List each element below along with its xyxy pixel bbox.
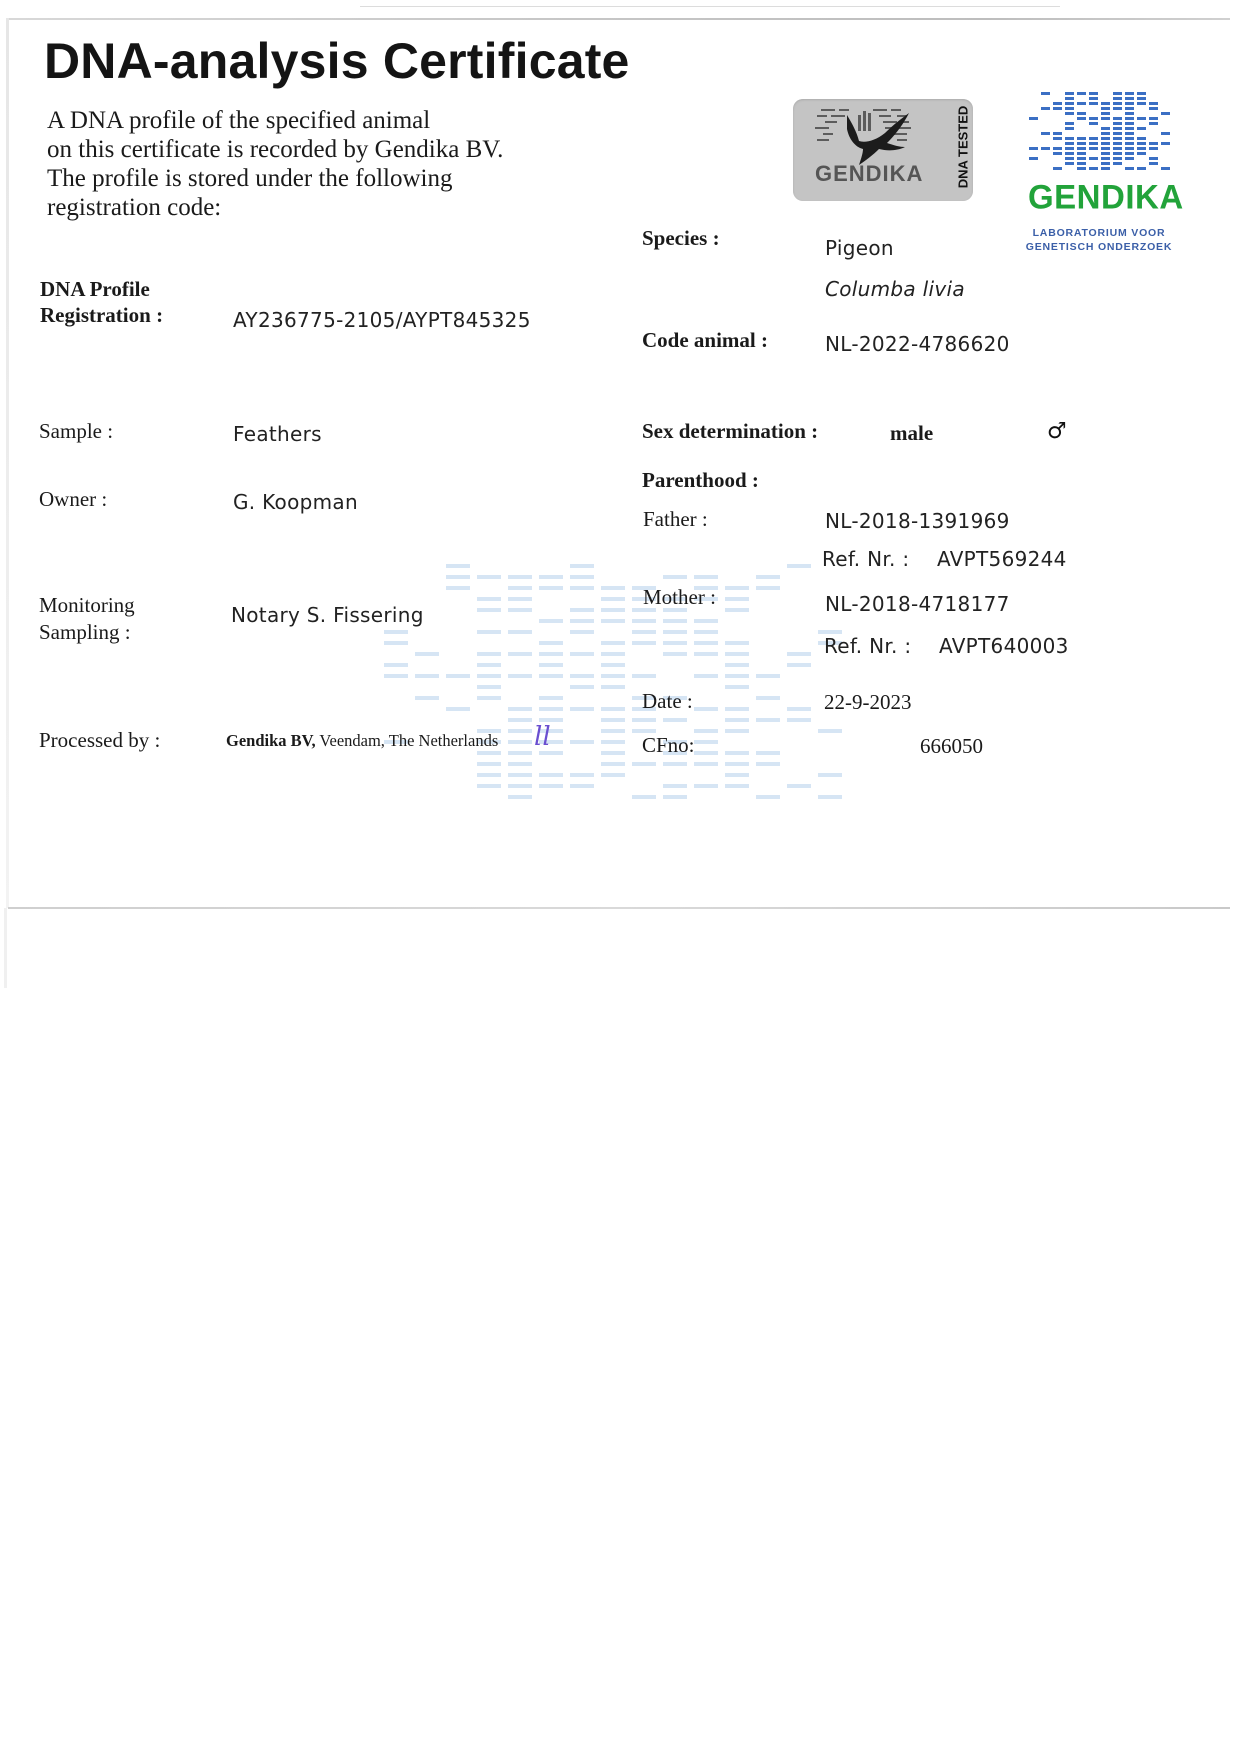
date-label: Date : <box>642 689 693 714</box>
scan-edge <box>360 6 1060 7</box>
mother-ref-label: Ref. Nr. : <box>824 634 911 658</box>
scan-edge-top <box>8 18 1230 20</box>
processed-label: Processed by : <box>39 728 160 753</box>
species-common: Pigeon <box>825 236 894 260</box>
species-latin: Columba livia <box>825 277 965 301</box>
scan-edge-left <box>6 18 9 908</box>
dna-tested-seal: GENDIKA DNA TESTED <box>793 99 973 201</box>
seal-brand: GENDIKA <box>815 161 923 187</box>
monitoring-label-line1: Monitoring <box>39 593 135 618</box>
sex-label: Sex determination : <box>642 419 818 444</box>
code-animal-label: Code animal : <box>642 328 768 353</box>
scan-edge-left-lower <box>4 908 7 988</box>
certificate-title: DNA-analysis Certificate <box>44 32 630 90</box>
monitoring-label-line2: Sampling : <box>39 620 131 645</box>
sample-label: Sample : <box>39 419 113 444</box>
mother-label: Mother : <box>643 585 716 610</box>
male-symbol-icon: ♂ <box>1047 419 1067 444</box>
logo-wordmark: GENDIKA <box>1028 177 1170 217</box>
mother-value: NL-2018-4718177 <box>825 592 1010 616</box>
certificate-bottom-edge <box>8 907 1230 909</box>
father-ref-label: Ref. Nr. : <box>822 547 909 571</box>
cfno-label: CFno: <box>642 733 695 758</box>
father-ref-value: AVPT569244 <box>937 547 1067 571</box>
mother-ref-value: AVPT640003 <box>939 634 1069 658</box>
monitoring-value: Notary S. Fissering <box>231 603 424 627</box>
gendika-logo: GENDIKA LABORATORIUM VOOR GENETISCH ONDE… <box>1028 92 1170 177</box>
processed-company: Gendika BV, <box>226 731 316 750</box>
parenthood-label: Parenthood : <box>642 468 759 493</box>
dna-g-logo-icon <box>1028 92 1170 172</box>
registration-value: AY236775-2105/AYPT845325 <box>233 308 531 332</box>
registration-label-line1: DNA Profile <box>40 277 150 302</box>
signature-initial: ll <box>534 722 551 752</box>
cfno-value: 666050 <box>920 734 983 759</box>
owner-label: Owner : <box>39 487 107 512</box>
logo-tagline: LABORATORIUM VOOR GENETISCH ONDERZOEK <box>1024 226 1174 254</box>
father-value: NL-2018-1391969 <box>825 509 1010 533</box>
sample-value: Feathers <box>233 422 322 446</box>
date-value: 22-9-2023 <box>824 690 912 715</box>
dna-watermark <box>380 560 850 820</box>
species-label: Species : <box>642 226 720 251</box>
father-label: Father : <box>643 507 708 532</box>
owner-value: G. Koopman <box>233 490 358 514</box>
registration-label-line2: Registration : <box>40 303 163 328</box>
sex-value: male <box>890 421 933 446</box>
processed-location: Veendam, The Netherlands <box>316 731 499 750</box>
code-animal-value: NL-2022-4786620 <box>825 332 1010 356</box>
intro-text: A DNA profile of the specified animal on… <box>47 106 503 222</box>
processed-value: Gendika BV, Veendam, The Netherlands <box>226 731 498 751</box>
